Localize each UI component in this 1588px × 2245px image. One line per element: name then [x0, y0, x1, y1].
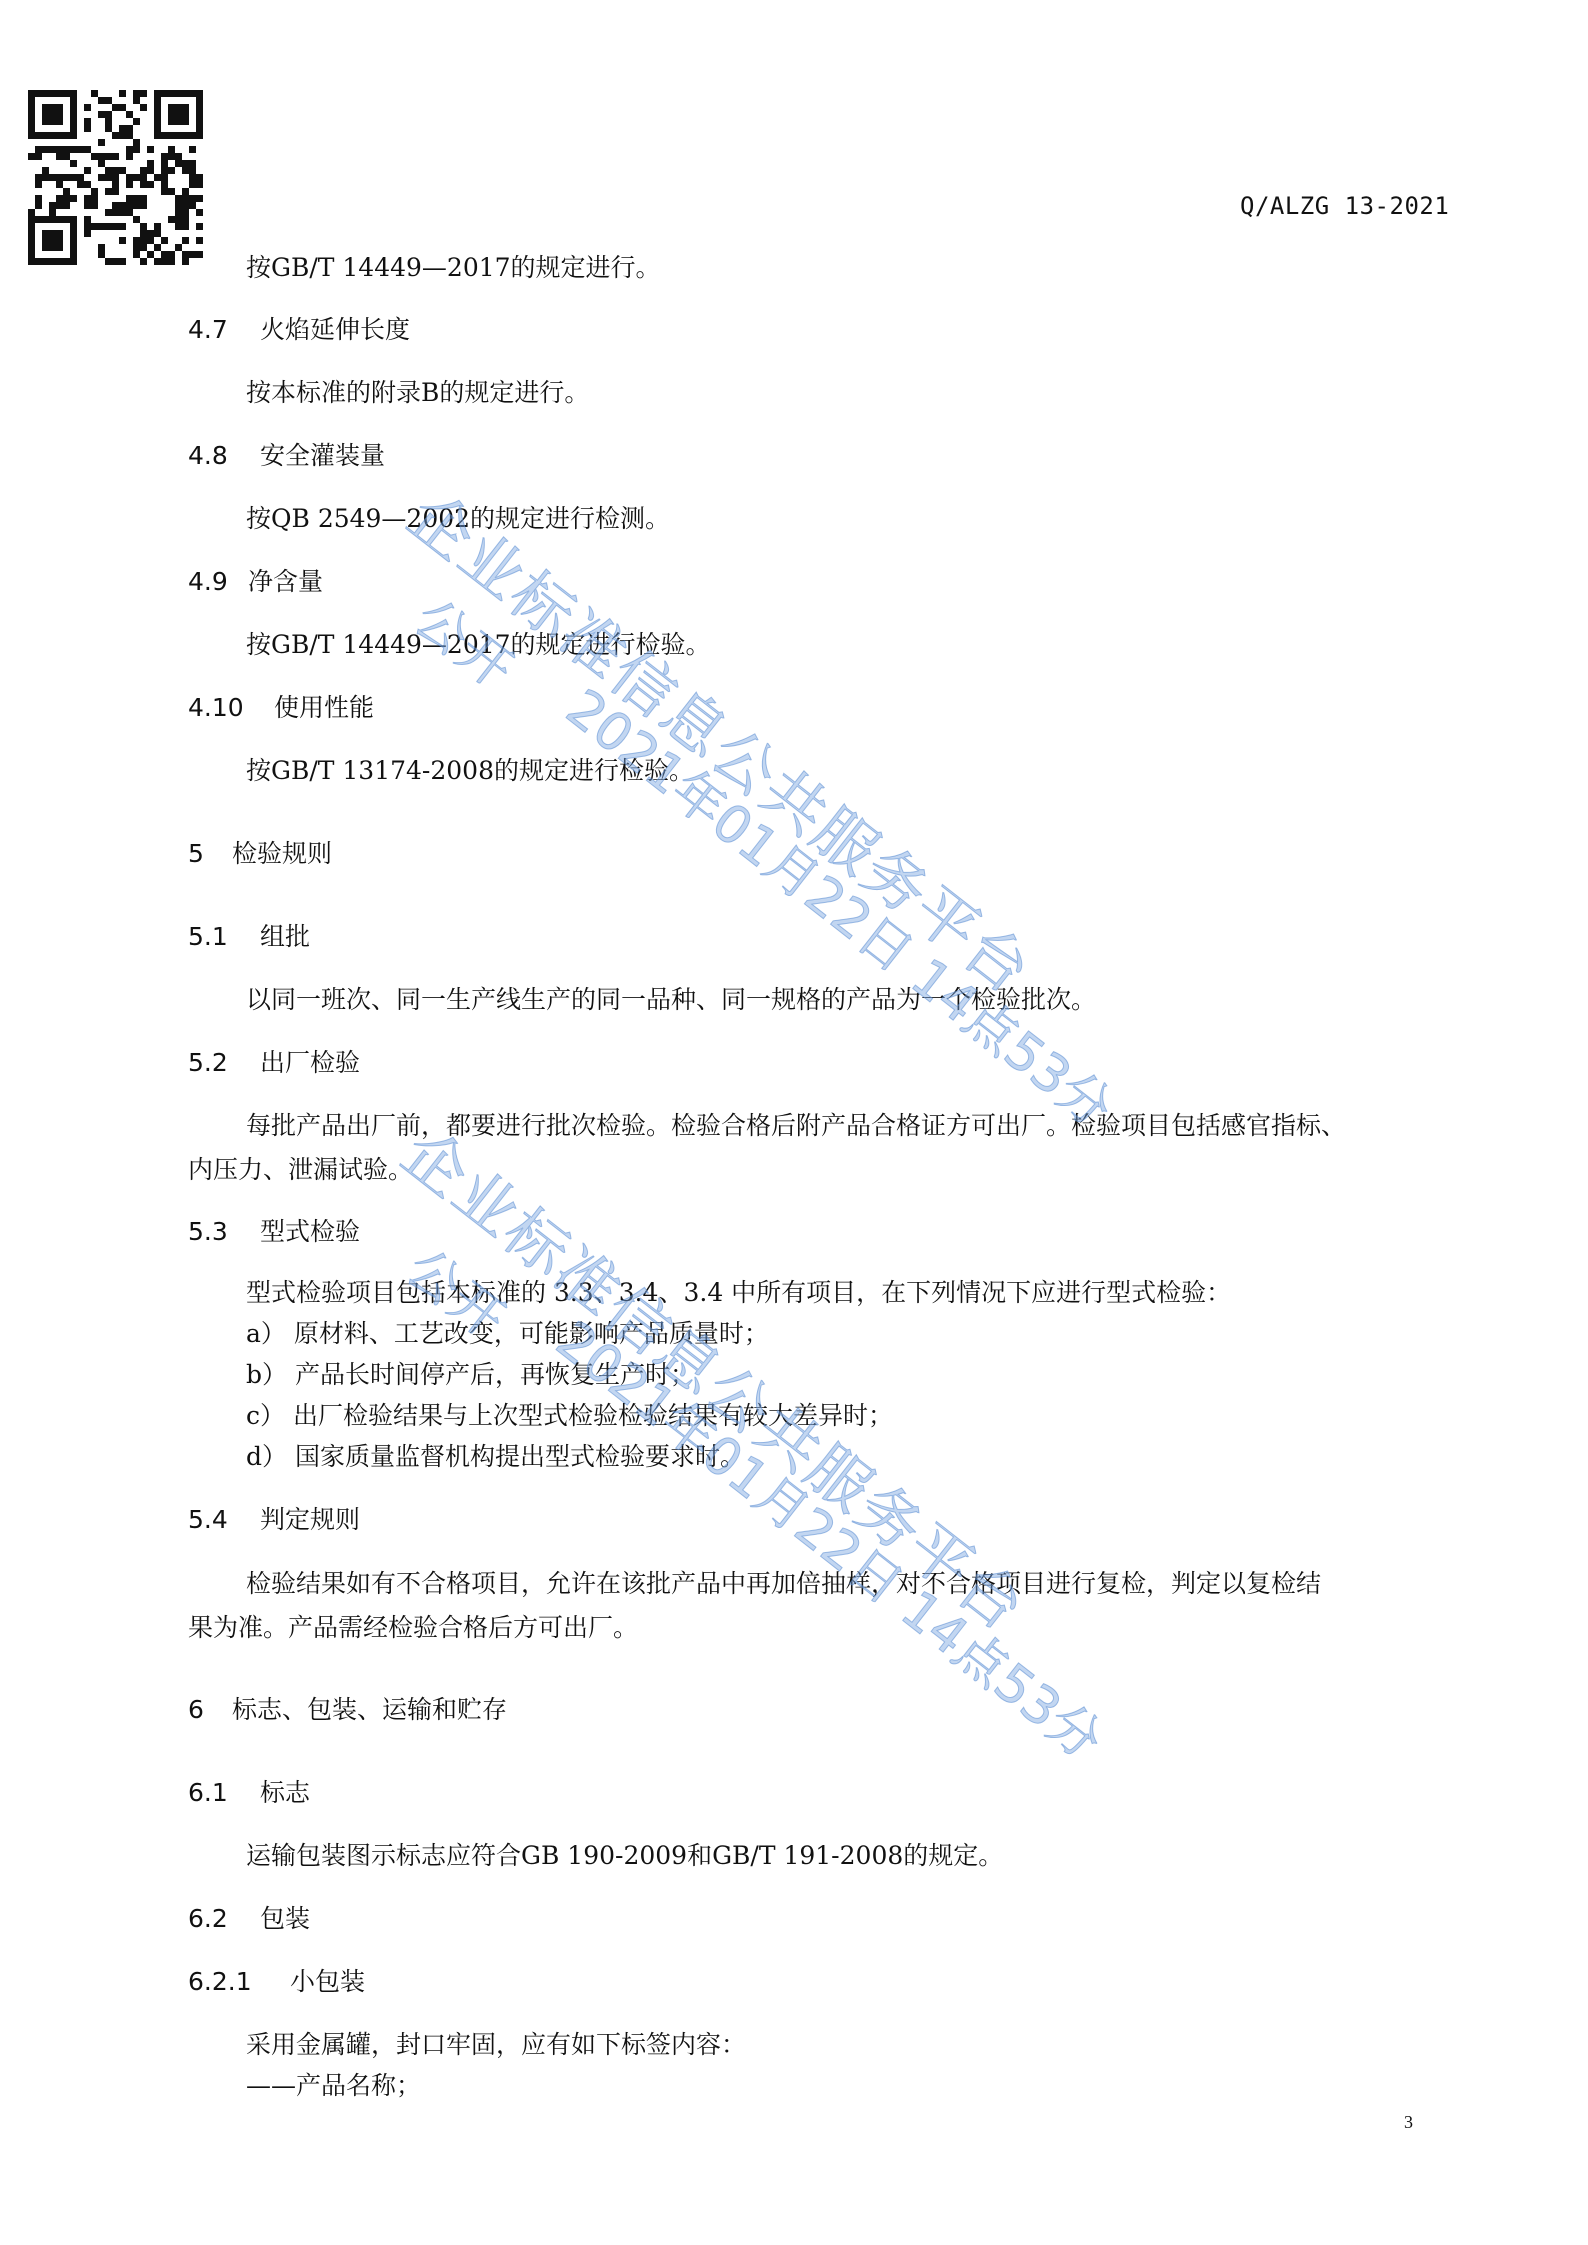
heading-6-2-1: 6.2.1小包装: [188, 1962, 365, 1998]
section-5-4-body-line2: 果为准。产品需经检验合格后方可出厂。: [188, 1608, 638, 1644]
heading-number: 6.1: [188, 1778, 260, 1807]
heading-title: 使用性能: [274, 693, 374, 722]
heading-number: 4.9: [188, 567, 248, 596]
heading-6: 6标志、包装、运输和贮存: [188, 1690, 507, 1726]
heading-number: 5.2: [188, 1048, 260, 1077]
heading-title: 检验规则: [232, 839, 332, 868]
section-5-2-body-line2: 内压力、泄漏试验。: [188, 1150, 413, 1186]
heading-4-7: 4.7火焰延伸长度: [188, 310, 410, 346]
list-item-b: b） 产品长时间停产后，再恢复生产时；: [246, 1355, 695, 1391]
heading-title: 标志: [260, 1778, 310, 1807]
heading-title: 判定规则: [260, 1505, 360, 1534]
heading-4-10: 4.10使用性能: [188, 688, 374, 724]
watermark-timestamp-text: 2021年01月22日 14点53分: [554, 668, 1131, 1142]
heading-title: 安全灌装量: [260, 441, 385, 470]
document-code: Q/ALZG 13-2021: [1240, 192, 1449, 220]
heading-4-8: 4.8安全灌装量: [188, 436, 385, 472]
page-number: 3: [1404, 2112, 1413, 2133]
heading-4-9: 4.9净含量: [188, 562, 323, 598]
heading-title: 小包装: [290, 1967, 365, 1996]
section-5-4-body-line1: 检验结果如有不合格项目，允许在该批产品中再加倍抽样，对不合格项目进行复检，判定以…: [246, 1564, 1321, 1600]
heading-5: 5检验规则: [188, 834, 332, 870]
heading-number: 5: [188, 839, 232, 868]
section-4-9-body: 按GB/T 14449—2017的规定进行检验。: [246, 625, 711, 661]
heading-number: 6.2.1: [188, 1967, 290, 1996]
heading-title: 组批: [260, 922, 310, 951]
heading-title: 火焰延伸长度: [260, 315, 410, 344]
list-item-a: a） 原材料、工艺改变，可能影响产品质量时；: [246, 1314, 769, 1350]
heading-6-2: 6.2包装: [188, 1899, 310, 1935]
heading-title: 型式检验: [260, 1217, 360, 1246]
heading-5-2: 5.2出厂检验: [188, 1043, 360, 1079]
section-5-3-body: 型式检验项目包括本标准的 3.3、3.4、3.4 中所有项目，在下列情况下应进行…: [246, 1273, 1231, 1309]
heading-5-3: 5.3型式检验: [188, 1212, 360, 1248]
heading-number: 5.4: [188, 1505, 260, 1534]
section-4-8-body: 按QB 2549—2002的规定进行检测。: [246, 499, 670, 535]
section-5-1-body: 以同一班次、同一生产线生产的同一品种、同一规格的产品为一个检验批次。: [246, 980, 1096, 1016]
heading-5-1: 5.1组批: [188, 917, 310, 953]
heading-number: 5.3: [188, 1217, 260, 1246]
heading-number: 4.10: [188, 693, 274, 722]
heading-number: 4.8: [188, 441, 260, 470]
section-4-7-body: 按本标准的附录B的规定进行。: [246, 373, 589, 409]
section-4-10-body: 按GB/T 13174-2008的规定进行检验。: [246, 751, 694, 787]
list-item-d: d） 国家质量监督机构提出型式检验要求时。: [246, 1437, 745, 1473]
watermark-platform-text: 企业标准信息公共服务平台: [393, 468, 1053, 1011]
list-item-c: c） 出厂检验结果与上次型式检验检验结果有较大差异时；: [246, 1396, 893, 1432]
heading-number: 6: [188, 1695, 232, 1724]
section-4-6-body: 按GB/T 14449—2017的规定进行。: [246, 248, 661, 284]
label-item-product-name: ——产品名称；: [246, 2066, 421, 2102]
section-6-2-1-body: 采用金属罐，封口牢固，应有如下标签内容：: [246, 2025, 746, 2061]
heading-5-4: 5.4判定规则: [188, 1500, 360, 1536]
heading-number: 4.7: [188, 315, 260, 344]
heading-title: 出厂检验: [260, 1048, 360, 1077]
qr-code: [28, 90, 203, 265]
heading-number: 6.2: [188, 1904, 260, 1933]
heading-title: 净含量: [248, 567, 323, 596]
section-5-2-body-line1: 每批产品出厂前，都要进行批次检验。检验合格后附产品合格证方可出厂。检验项目包括感…: [246, 1106, 1346, 1142]
heading-title: 包装: [260, 1904, 310, 1933]
heading-6-1: 6.1标志: [188, 1773, 310, 1809]
section-6-1-body: 运输包装图示标志应符合GB 190-2009和GB/T 191-2008的规定。: [246, 1836, 1003, 1872]
heading-number: 5.1: [188, 922, 260, 951]
heading-title: 标志、包装、运输和贮存: [232, 1695, 507, 1724]
